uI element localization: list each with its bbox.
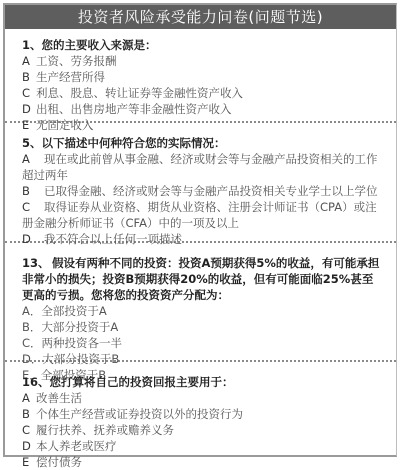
question-1: 1、您的主要收入来源是： A工资、劳务报酬 B生产经营所得 C利息、股息、转让证… xyxy=(5,29,396,121)
option-a[interactable]: A现在或此前曾从事金融、经济或财会等与金融产品投资相关的工作超过两年 xyxy=(22,151,382,183)
option-b[interactable]: B生产经营所得 xyxy=(22,69,396,85)
option-c[interactable]: C利息、股息、转让证券等金融性资产收入 xyxy=(22,85,396,101)
option-b[interactable]: B．大部分投资于A xyxy=(22,319,382,335)
question-text: 16、您打算将自己的投资回报主要用于： xyxy=(22,374,396,390)
option-c[interactable]: C履行扶养、抚养或赡养义务 xyxy=(22,422,396,438)
option-a[interactable]: A工资、劳务报酬 xyxy=(22,53,396,69)
option-c[interactable]: C．两种投资各一半 xyxy=(22,335,382,351)
question-13: 13、假设有两种不同的投资：投资A预期获得5%的收益，有可能承担非常小的损失；投… xyxy=(5,243,396,360)
questionnaire-title: 投资者风险承受能力问卷(问题节选) xyxy=(5,5,396,29)
option-b[interactable]: B个体生产经营或证券投资以外的投资行为 xyxy=(22,406,396,422)
option-d[interactable]: D出租、出售房地产等非金融性资产收入 xyxy=(22,101,396,117)
question-text: 1、您的主要收入来源是： xyxy=(22,37,396,53)
question-5: 5、以下描述中何种符合您的实际情况： A现在或此前曾从事金融、经济或财会等与金融… xyxy=(5,123,396,241)
question-16: 16、您打算将自己的投资回报主要用于： A改善生活 B个体生产经营或证券投资以外… xyxy=(5,362,396,460)
option-b[interactable]: B已取得金融、经济或财会等与金融产品投资相关专业学士以上学位 xyxy=(22,183,382,199)
question-text: 13、假设有两种不同的投资：投资A预期获得5%的收益，有可能承担非常小的损失；投… xyxy=(22,255,382,303)
question-text: 5、以下描述中何种符合您的实际情况： xyxy=(22,135,382,151)
option-a[interactable]: A．全部投资于A xyxy=(22,303,382,319)
option-e[interactable]: E偿付债务 xyxy=(22,454,396,460)
option-d[interactable]: D本人养老或医疗 xyxy=(22,438,396,454)
questionnaire-frame: 投资者风险承受能力问卷(问题节选) 1、您的主要收入来源是： A工资、劳务报酬 … xyxy=(3,3,397,457)
question-number: 13、 xyxy=(22,255,52,271)
option-c[interactable]: C取得证券从业资格、期货从业资格、注册会计师证书（CPA）或注册金融分析师证书（… xyxy=(22,199,382,231)
option-a[interactable]: A改善生活 xyxy=(22,390,396,406)
